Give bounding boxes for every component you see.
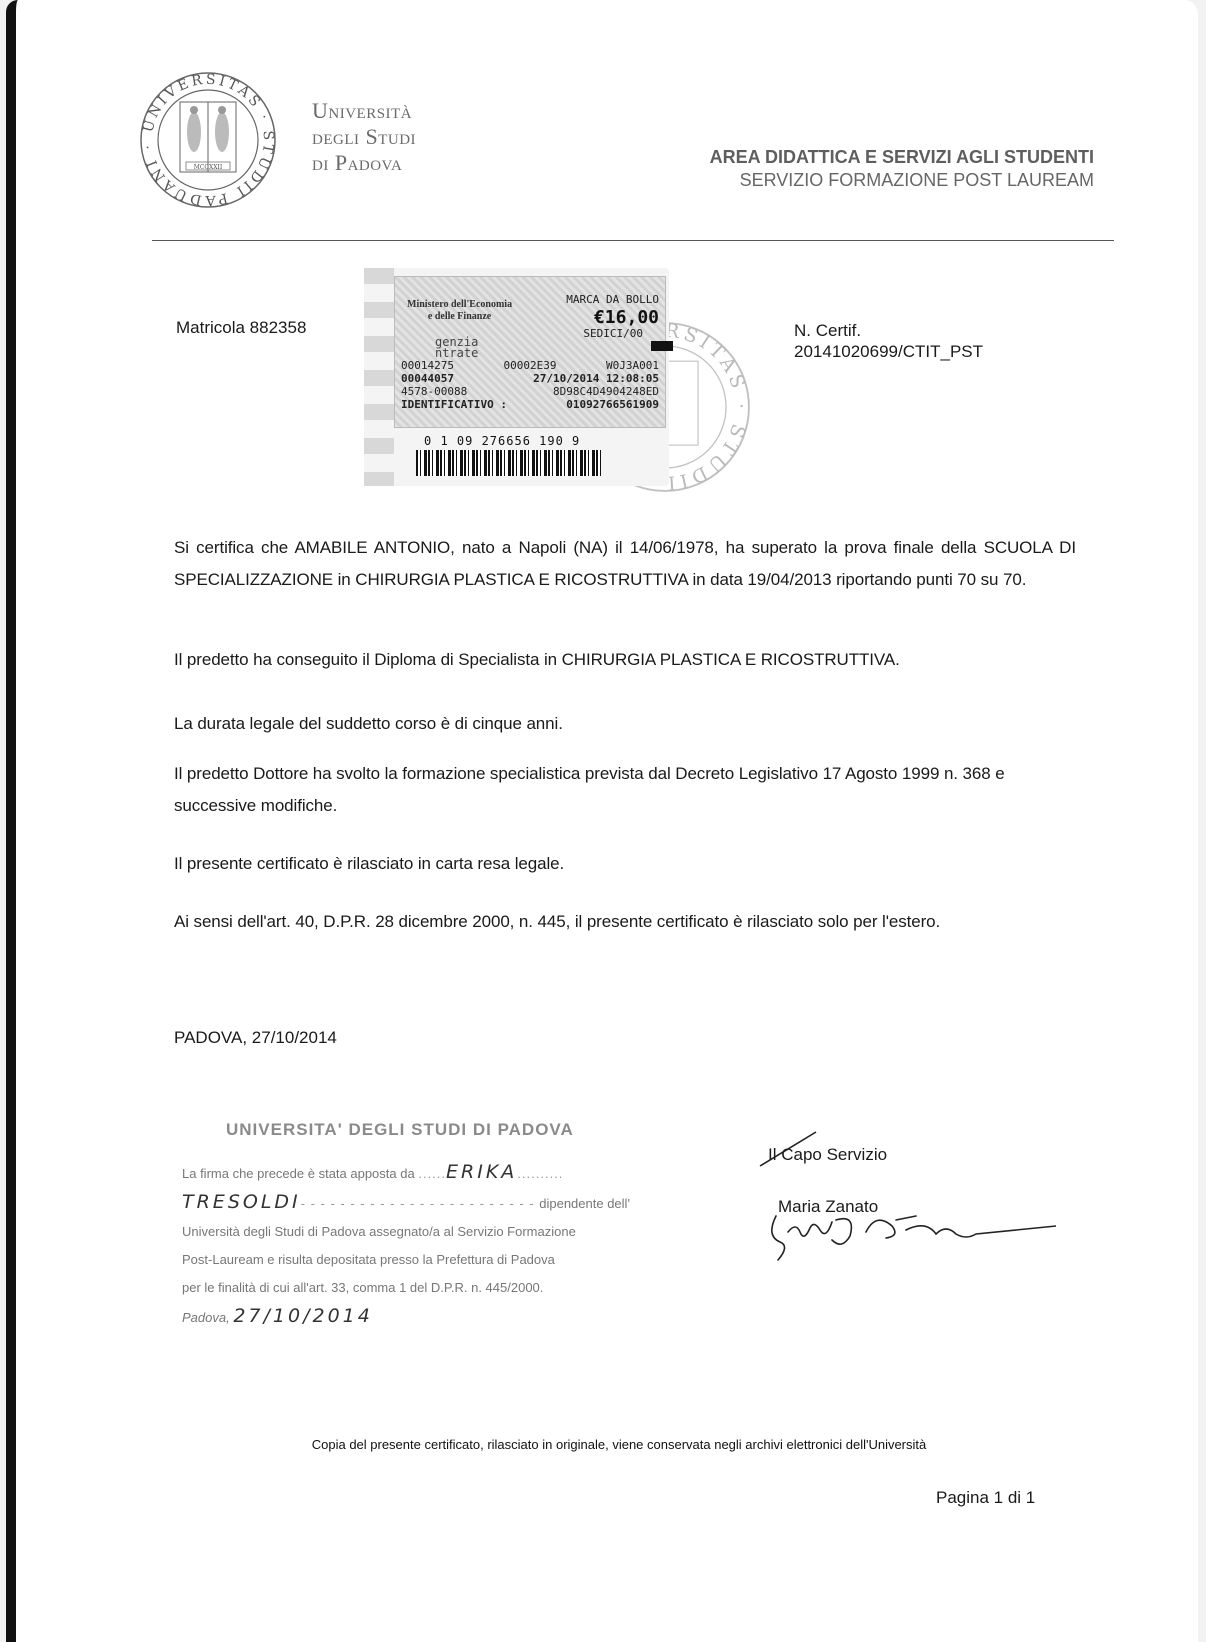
stamp-code: 00002E39: [504, 359, 557, 372]
stamp-agency-line: ntrate: [435, 348, 478, 359]
page-number: Pagina 1 di 1: [936, 1488, 1035, 1508]
stamp-dots: ..........: [517, 1166, 563, 1181]
university-name-line: di Padova: [312, 150, 416, 176]
certificate-page: MCCXXII UNIVERSITAS · STUDII PADUANI · U…: [6, 0, 1198, 1642]
stamp-value-words: SEDICI/00: [583, 327, 643, 340]
paragraph-duration: La durata legale del suddetto corso è di…: [174, 708, 1076, 740]
barcode-icon: [416, 450, 601, 476]
legalization-stamp-heading: UNIVERSITA' DEGLI STUDI DI PADOVA: [226, 1120, 574, 1140]
legalization-stamp: La firma che precede è stata apposta da …: [182, 1158, 662, 1332]
certificate-number: 20141020699/CTIT_PST: [794, 341, 983, 362]
stamp-dots: - - - - - - - - - - - - - - - - - - - - …: [301, 1196, 540, 1211]
stamp-code: 4578-00088: [401, 385, 467, 398]
stamp-id-value: 01092766561909: [566, 398, 659, 411]
paragraph-abroad-only: Ai sensi dell'art. 40, D.P.R. 28 dicembr…: [174, 906, 1076, 938]
header-divider: [152, 240, 1114, 241]
stamp-codes: 0001427500002E39W0J3A001 0004405727/10/2…: [401, 359, 659, 411]
stamp-value: €16,00: [594, 307, 659, 328]
handwritten-last-name: TRESOLDI: [182, 1191, 301, 1213]
stamp-title: MARCA DA BOLLO: [566, 293, 659, 306]
area-title: AREA DIDATTICA E SERVIZI AGLI STUDENTI: [710, 146, 1094, 168]
handwritten-first-name: ERIKA: [446, 1161, 517, 1183]
revenue-stamp: Ministero dell'Economia e delle Finanze …: [364, 268, 669, 486]
stamp-line: Post-Lauream e risulta depositata presso…: [182, 1246, 662, 1274]
place-date: PADOVA, 27/10/2014: [174, 1028, 337, 1048]
paragraph-diploma: Il predetto ha conseguito il Diploma di …: [174, 644, 1076, 676]
stamp-id-label: IDENTIFICATIVO :: [401, 398, 507, 411]
footer-note: Copia del presente certificato, rilascia…: [16, 1437, 1206, 1452]
university-seal-icon: MCCXXII UNIVERSITAS · STUDII PADUANI ·: [138, 70, 278, 210]
university-name-line: Università: [312, 98, 416, 124]
stamp-perforation: [364, 268, 394, 486]
stamp-code: W0J3A001: [606, 359, 659, 372]
stamp-mark: [651, 341, 673, 351]
matricola: Matricola 882358: [176, 318, 306, 338]
stamp-body: Ministero dell'Economia e delle Finanze …: [394, 276, 666, 428]
paragraph-legal-paper: Il presente certificato è rilasciato in …: [174, 848, 1076, 880]
stamp-agency: genzia ntrate: [435, 337, 478, 359]
stamp-code: 00014275: [401, 359, 454, 372]
handwritten-signature-icon: [756, 1196, 1056, 1266]
handwritten-date: 27/10/2014: [233, 1305, 373, 1327]
stamp-code: 8D98C4D4904248ED: [553, 385, 659, 398]
stamp-dots: ......: [418, 1166, 446, 1181]
stamp-code: 00044057: [401, 372, 454, 385]
certificate-label: N. Certif.: [794, 320, 983, 341]
stamp-line: La firma che precede è stata apposta da: [182, 1166, 415, 1181]
barcode-digits: 0 1 09 276656 190 9: [424, 434, 580, 448]
stamp-ministry: Ministero dell'Economia e delle Finanze: [407, 299, 512, 323]
stamp-line: per le finalità di cui all'art. 33, comm…: [182, 1274, 662, 1302]
svg-text:MCCXXII: MCCXXII: [194, 164, 223, 171]
university-name-line: degli Studi: [312, 124, 416, 150]
paragraph-certification: Si certifica che AMABILE ANTONIO, nato a…: [174, 532, 1076, 596]
signatory-role: Il Capo Servizio: [768, 1145, 887, 1165]
area-subtitle: SERVIZIO FORMAZIONE POST LAUREAM: [740, 169, 1094, 191]
stamp-ministry-line: e delle Finanze: [407, 311, 512, 323]
stamp-line: Padova,: [182, 1310, 230, 1325]
paragraph-legislation: Il predetto Dottore ha svolto la formazi…: [174, 758, 1076, 822]
certificate-number-block: N. Certif. 20141020699/CTIT_PST: [794, 320, 983, 362]
stamp-ministry-line: Ministero dell'Economia: [407, 299, 512, 311]
university-name: Università degli Studi di Padova: [312, 98, 416, 176]
stamp-line: dipendente dell': [539, 1196, 630, 1211]
stamp-timestamp: 27/10/2014 12:08:05: [533, 372, 659, 385]
stamp-line: Università degli Studi di Padova assegna…: [182, 1218, 662, 1246]
